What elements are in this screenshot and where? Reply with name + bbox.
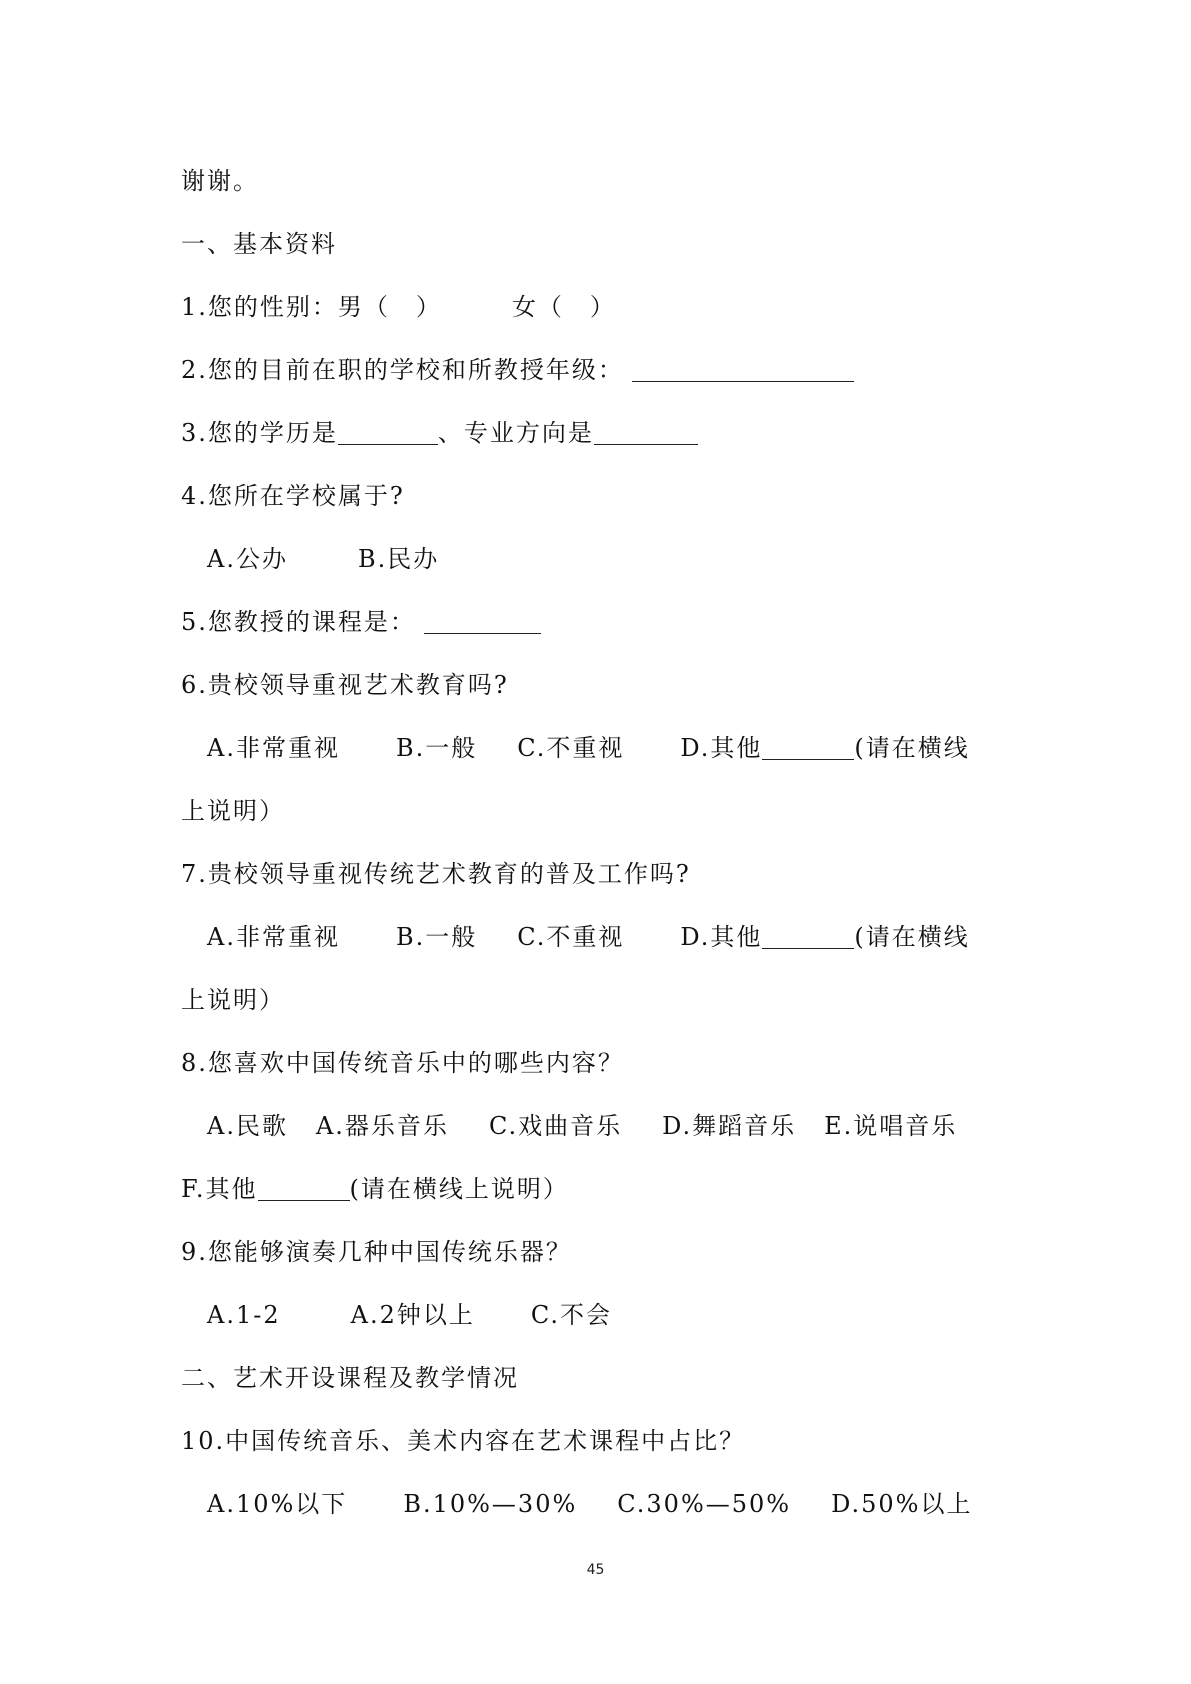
question-7: 7.贵校领导重视传统艺术教育的普及工作吗? [181, 843, 1026, 906]
option-male: 男（ ） [338, 276, 442, 339]
intro-tail: 谢谢。 [181, 150, 1026, 213]
question-1: 1.您的性别：男（ ）女（ ） [181, 276, 1026, 339]
option-7c: C.不重视 [517, 906, 624, 969]
question-8-other: F.其他(请在横线上说明） [181, 1158, 1026, 1221]
page-content: 谢谢。 一、基本资料 1.您的性别：男（ ）女（ ） 2.您的目前在职的学校和所… [181, 150, 1026, 1536]
question-3-text-a: 3.您的学历是 [181, 419, 338, 447]
option-9a: A.1-2 [207, 1284, 281, 1347]
question-7-continuation: 上说明） [181, 969, 1026, 1032]
section-heading-courses: 二、艺术开设课程及教学情况 [181, 1347, 1026, 1410]
answer-blank-8-other [258, 1178, 350, 1201]
option-female: 女（ ） [512, 276, 616, 339]
question-2: 2.您的目前在职的学校和所教授年级： [181, 339, 1026, 402]
option-8d: D.舞蹈音乐 [662, 1095, 796, 1158]
answer-blank-major [594, 422, 698, 445]
question-5: 5.您教授的课程是： [181, 591, 1026, 654]
option-6d: D.其他 [680, 717, 762, 780]
option-7d: D.其他 [680, 906, 762, 969]
question-5-text: 5.您教授的课程是： [181, 608, 416, 636]
question-4-options: A.公办B.民办 [181, 528, 1026, 591]
option-4b: B.民办 [358, 528, 439, 591]
question-6-continuation: 上说明） [181, 780, 1026, 843]
option-6c: C.不重视 [517, 717, 624, 780]
question-9-options: A.1-2A.2钟以上C.不会 [181, 1284, 1026, 1347]
answer-blank-school-grade [632, 359, 854, 382]
option-10b: B.10%—30% [403, 1473, 577, 1536]
option-7a: A.非常重视 [207, 906, 340, 969]
option-10c: C.30%—50% [617, 1473, 791, 1536]
question-8-options: A.民歌A.器乐音乐C.戏曲音乐D.舞蹈音乐E.说唱音乐 [181, 1095, 1026, 1158]
option-6d-tail: (请在横线 [854, 734, 969, 762]
option-7b: B.一般 [396, 906, 477, 969]
option-8f-tail: (请在横线上说明） [350, 1175, 569, 1203]
answer-blank-education [338, 422, 438, 445]
option-8c: C.戏曲音乐 [489, 1095, 622, 1158]
answer-blank-6-other [762, 737, 854, 760]
option-9c: C.不会 [531, 1284, 612, 1347]
question-8: 8.您喜欢中国传统音乐中的哪些内容？ [181, 1032, 1026, 1095]
question-9: 9.您能够演奏几种中国传统乐器？ [181, 1221, 1026, 1284]
option-9a-2: A.2钟以上 [351, 1284, 475, 1347]
question-3-text-b: 、专业方向是 [438, 419, 594, 447]
option-6b: B.一般 [396, 717, 477, 780]
question-10-options: A.10%以下B.10%—30%C.30%—50%D.50%以上 [181, 1473, 1026, 1536]
question-2-text: 2.您的目前在职的学校和所教授年级： [181, 356, 624, 384]
section-heading-basic-info: 一、基本资料 [181, 213, 1026, 276]
question-10: 10.中国传统音乐、美术内容在艺术课程中占比？ [181, 1410, 1026, 1473]
option-10d: D.50%以上 [831, 1473, 972, 1536]
option-4a: A.公办 [207, 528, 288, 591]
option-8e: E.说唱音乐 [824, 1095, 957, 1158]
option-6a: A.非常重视 [207, 717, 340, 780]
question-6: 6.贵校领导重视艺术教育吗? [181, 654, 1026, 717]
option-8a: A.民歌 [207, 1095, 288, 1158]
option-8a-2: A.器乐音乐 [316, 1095, 449, 1158]
question-6-options: A.非常重视B.一般C.不重视D.其他(请在横线 [181, 717, 1026, 780]
option-7d-tail: (请在横线 [854, 923, 969, 951]
option-8f: F.其他 [181, 1175, 258, 1203]
question-7-options: A.非常重视B.一般C.不重视D.其他(请在横线 [181, 906, 1026, 969]
document-page: 谢谢。 一、基本资料 1.您的性别：男（ ）女（ ） 2.您的目前在职的学校和所… [0, 0, 1191, 1684]
answer-blank-7-other [762, 926, 854, 949]
option-10a: A.10%以下 [207, 1473, 347, 1536]
page-number: 45 [0, 1562, 1191, 1578]
question-4: 4.您所在学校属于? [181, 465, 1026, 528]
question-1-text: 1.您的性别： [181, 293, 338, 321]
answer-blank-course [424, 611, 541, 634]
question-3: 3.您的学历是、专业方向是 [181, 402, 1026, 465]
